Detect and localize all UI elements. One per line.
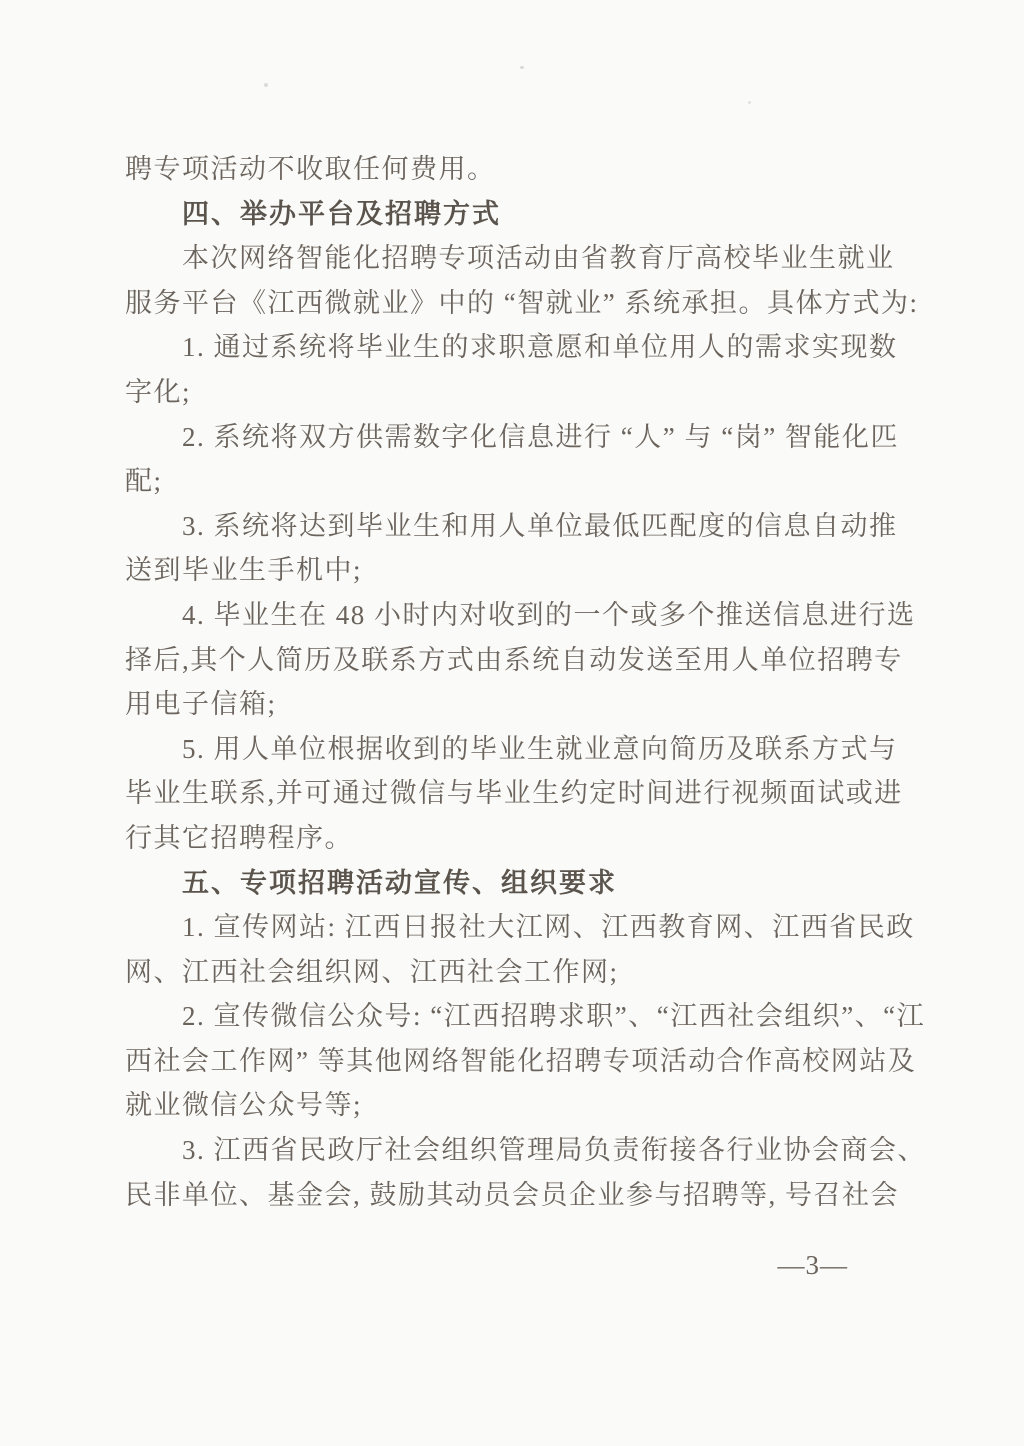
section-heading: 五、专项招聘活动宣传、组织要求 <box>125 861 889 906</box>
text-line: 本次网络智能化招聘专项活动由省教育厅高校毕业生就业 <box>125 236 889 281</box>
text-line: 毕业生联系,并可通过微信与毕业生约定时间进行视频面试或进 <box>125 771 889 816</box>
text-line: 行其它招聘程序。 <box>125 816 889 861</box>
text-line: 3. 江西省民政厅社会组织管理局负责衔接各行业协会商会、 <box>125 1128 889 1173</box>
scan-speck <box>264 83 268 87</box>
text-line: 择后,其个人简历及联系方式由系统自动发送至用人单位招聘专 <box>125 638 889 683</box>
section-heading: 四、举办平台及招聘方式 <box>125 192 889 237</box>
text-line: 1. 通过系统将毕业生的求职意愿和单位用人的需求实现数 <box>125 325 889 370</box>
text-line: 西社会工作网” 等其他网络智能化招聘专项活动合作高校网站及 <box>125 1039 889 1084</box>
document-body: 聘专项活动不收取任何费用。四、举办平台及招聘方式本次网络智能化招聘专项活动由省教… <box>125 147 889 1217</box>
text-line: 送到毕业生手机中; <box>125 548 889 593</box>
text-line: 用电子信箱; <box>125 682 889 727</box>
text-line: 聘专项活动不收取任何费用。 <box>125 147 889 192</box>
text-line: 民非单位、基金会, 鼓励其动员会员企业参与招聘等, 号召社会 <box>125 1173 889 1218</box>
scan-speck <box>748 101 751 104</box>
text-line: 字化; <box>125 370 889 415</box>
text-line: 2. 系统将双方供需数字化信息进行 “人” 与 “岗” 智能化匹 <box>125 415 889 460</box>
text-line: 就业微信公众号等; <box>125 1083 889 1128</box>
text-line: 网、江西社会组织网、江西社会工作网; <box>125 950 889 995</box>
scan-speck <box>520 66 524 69</box>
text-line: 4. 毕业生在 48 小时内对收到的一个或多个推送信息进行选 <box>125 593 889 638</box>
document-page: 聘专项活动不收取任何费用。四、举办平台及招聘方式本次网络智能化招聘专项活动由省教… <box>0 0 1024 1446</box>
text-line: 5. 用人单位根据收到的毕业生就业意向简历及联系方式与 <box>125 727 889 772</box>
text-line: 服务平台《江西微就业》中的 “智就业” 系统承担。具体方式为: <box>125 281 889 326</box>
text-line: 1. 宣传网站: 江西日报社大江网、江西教育网、江西省民政 <box>125 905 889 950</box>
text-line: 配; <box>125 459 889 504</box>
text-line: 3. 系统将达到毕业生和用人单位最低匹配度的信息自动推 <box>125 504 889 549</box>
page-number: —3— <box>778 1250 849 1281</box>
text-line: 2. 宣传微信公众号: “江西招聘求职”、“江西社会组织”、“江 <box>125 994 889 1039</box>
